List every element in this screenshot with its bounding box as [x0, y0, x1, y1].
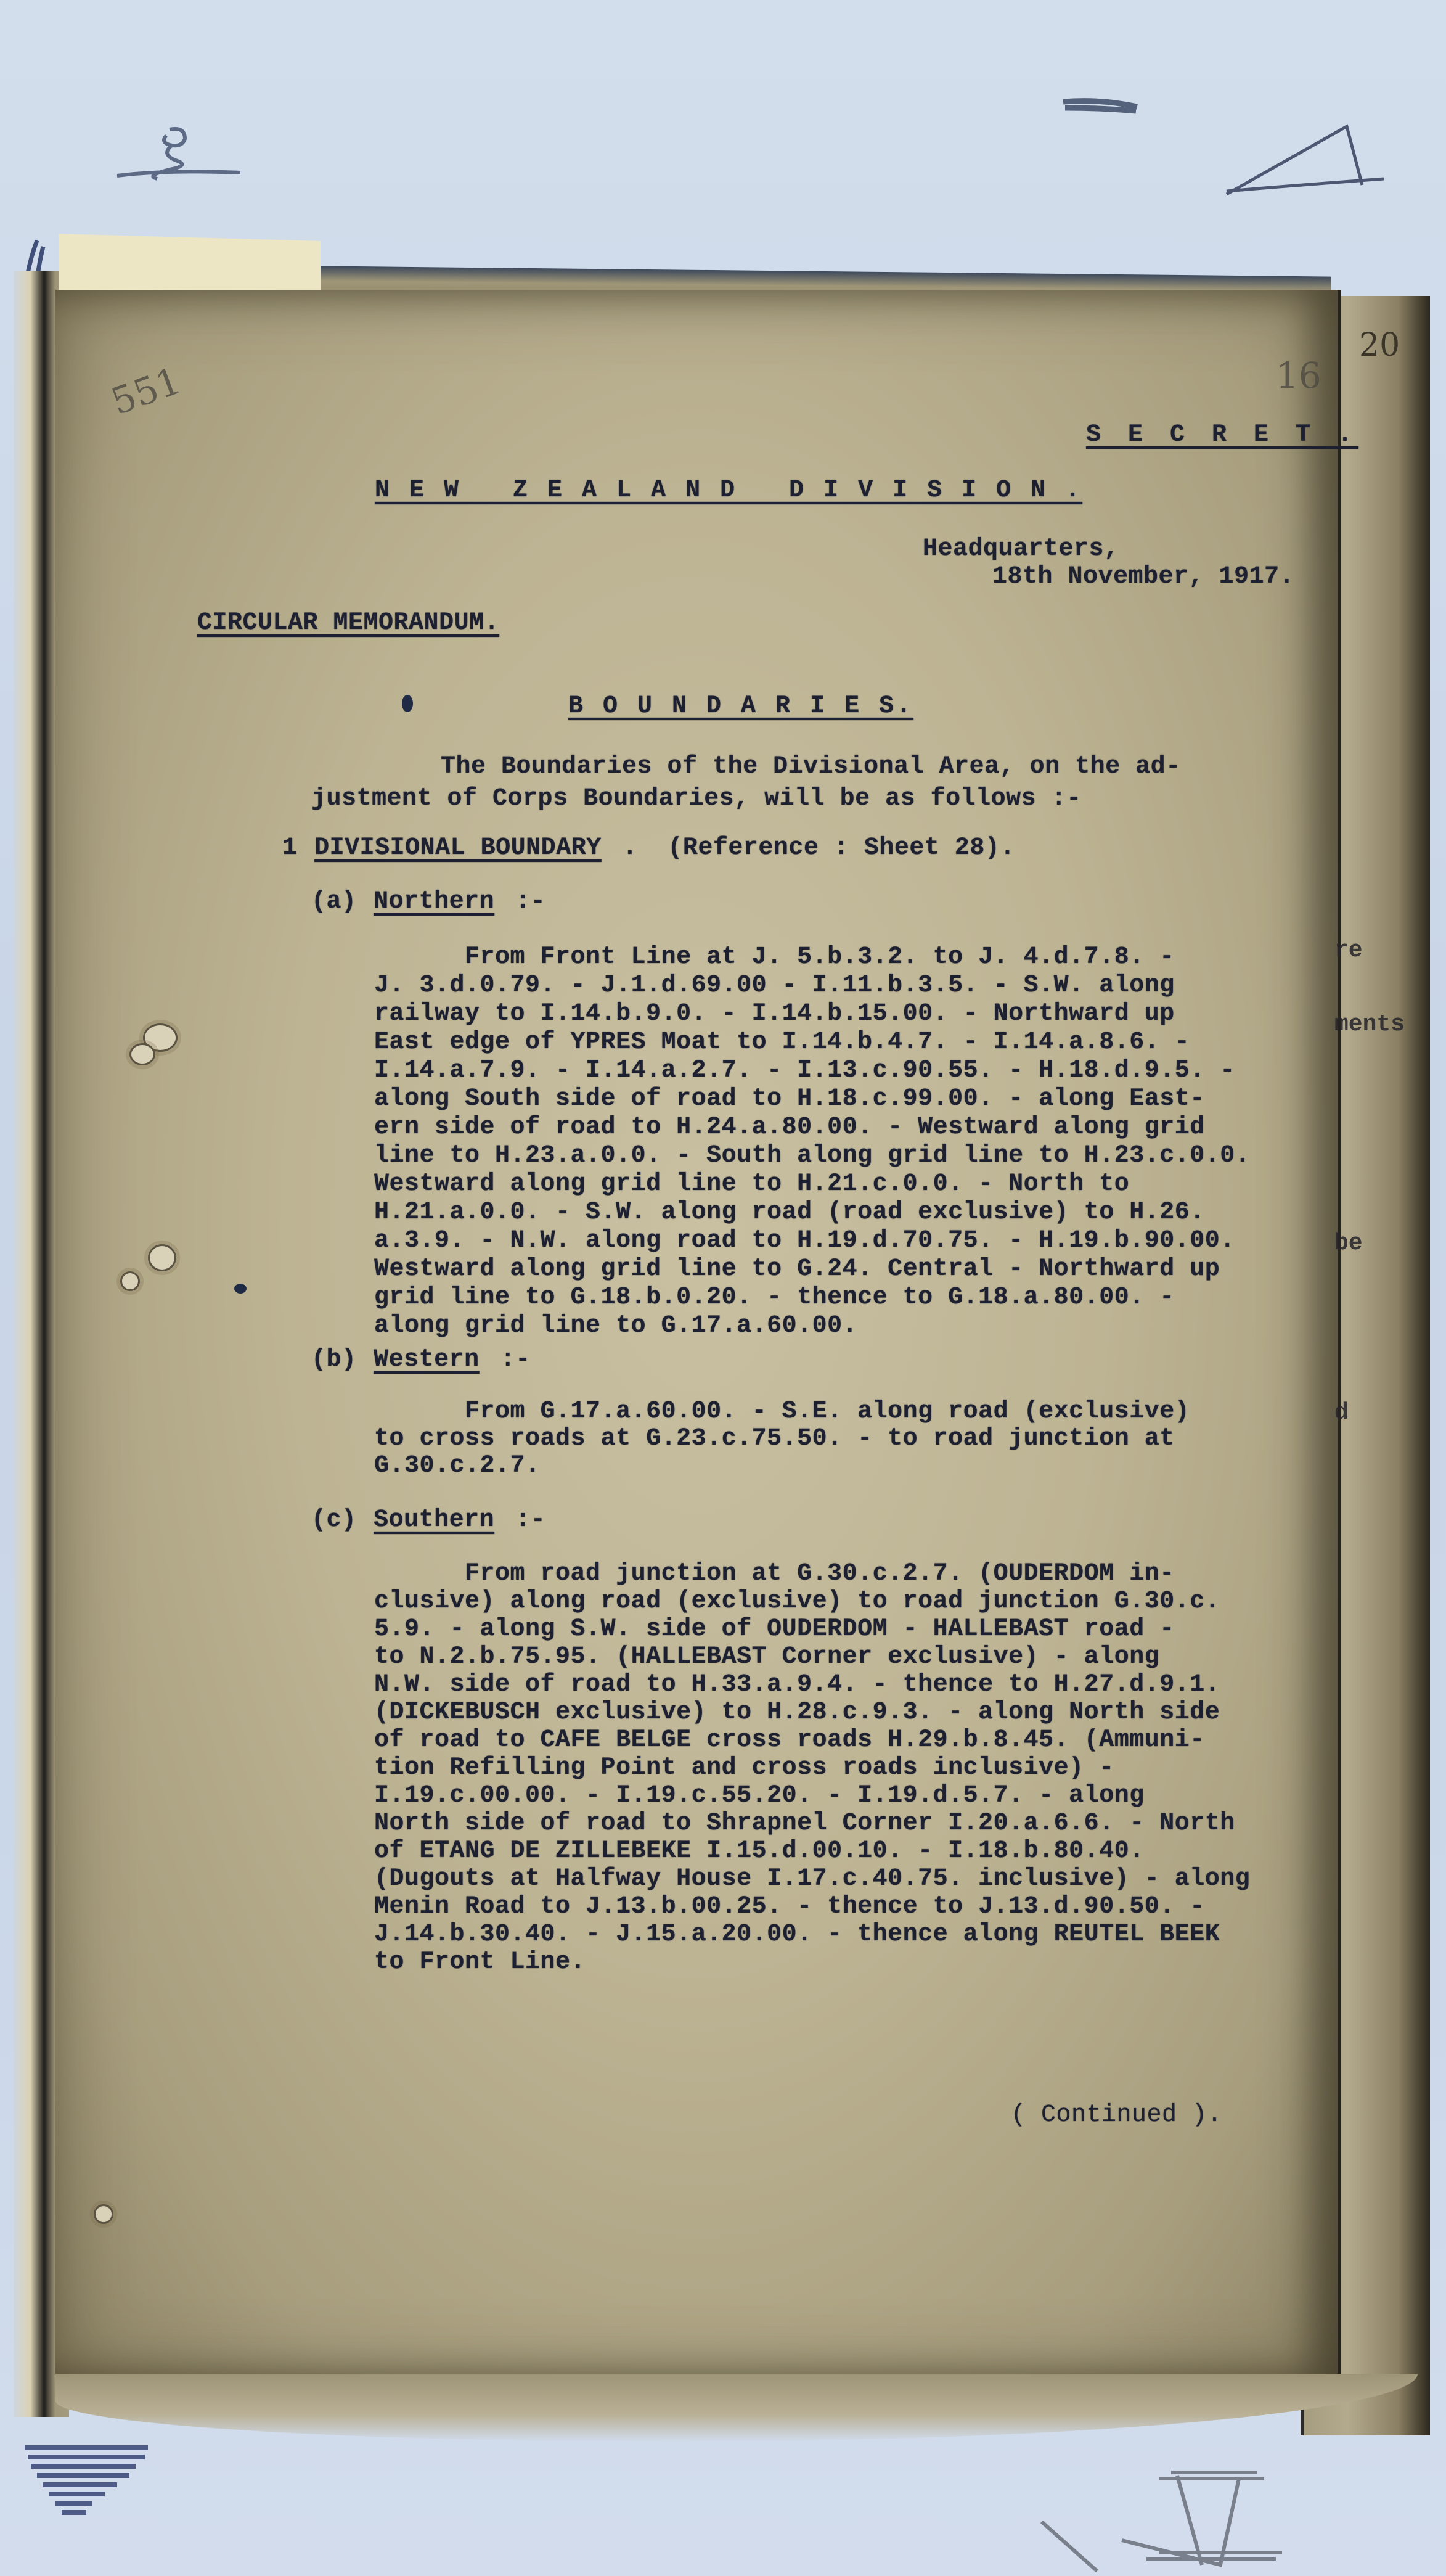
subsection-southern-heading: (c) Southern :- — [311, 1504, 545, 1536]
boundary-line: I.14.a.7.9. - I.14.a.2.7. - I.13.c.90.55… — [374, 1057, 1250, 1085]
ink-blot — [402, 695, 413, 712]
ink-blot — [234, 1284, 247, 1294]
boundary-line: clusive) along road (exclusive) to road … — [374, 1588, 1250, 1615]
memo-title: B O U N D A R I E S. — [568, 691, 913, 723]
boundary-line: along grid line to G.17.a.60.00. — [374, 1312, 1250, 1340]
northern-boundary-description: From Front Line at J. 5.b.3.2. to J. 4.d… — [374, 943, 1250, 1340]
boundary-line: Menin Road to J.13.b.00.25. - thence to … — [374, 1893, 1250, 1921]
subsection-northern-heading: (a) Northern :- — [311, 886, 545, 918]
boundary-line: H.21.a.0.0. - S.W. along road (road excl… — [374, 1199, 1250, 1227]
pencil-mark-bottom-right — [1035, 2466, 1344, 2576]
punch-hole — [148, 1244, 176, 1271]
boundary-line: tion Refilling Point and cross roads inc… — [374, 1754, 1250, 1782]
subsection-title: Northern — [374, 888, 494, 916]
continued-footer: ( Continued ). — [1011, 2099, 1222, 2131]
boundary-line: to cross roads at G.23.c.75.50. - to roa… — [374, 1425, 1190, 1453]
boundary-line: ern side of road to H.24.a.80.00. - West… — [374, 1114, 1250, 1142]
pencil-mark-top-left — [111, 123, 247, 185]
boundary-line: a.3.9. - N.W. along road to H.19.d.70.75… — [374, 1227, 1250, 1255]
intro-paragraph: The Boundaries of the Divisional Area, o… — [311, 751, 1181, 815]
subsection-letter: (b) — [311, 1346, 357, 1374]
boundary-line: I.19.c.00.00. - I.19.c.55.20. - I.19.d.5… — [374, 1782, 1250, 1810]
boundary-line: Westward along grid line to G.24. Centra… — [374, 1255, 1250, 1284]
punch-hole — [120, 1271, 140, 1291]
boundary-line: of road to CAFE BELGE cross roads H.29.b… — [374, 1726, 1250, 1754]
document-date: 18th November, 1917. — [992, 561, 1294, 593]
boundary-line: From road junction at G.30.c.2.7. (OUDER… — [374, 1560, 1250, 1588]
southern-boundary-description: From road junction at G.30.c.2.7. (OUDER… — [374, 1560, 1250, 1976]
boundary-line: to Front Line. — [374, 1948, 1250, 1976]
intro-line: The Boundaries of the Divisional Area, o… — [311, 751, 1181, 783]
boundary-line: (DICKEBUSCH exclusive) to H.28.c.9.3. - … — [374, 1699, 1250, 1726]
boundary-line: J.14.b.30.40. - J.15.a.20.00. - thence a… — [374, 1921, 1250, 1948]
subsection-letter: (a) — [311, 888, 357, 916]
punch-hole — [94, 2204, 113, 2224]
intro-line: justment of Corps Boundaries, will be as… — [311, 783, 1181, 815]
subsection-letter: (c) — [311, 1506, 357, 1534]
boundary-line: From G.17.a.60.00. - S.E. along road (ex… — [374, 1398, 1190, 1425]
underlying-text-fragment: re — [1334, 937, 1363, 964]
pencil-mark-top-center — [1060, 92, 1146, 117]
section-title: DIVISIONAL BOUNDARY — [314, 834, 602, 862]
subsection-title: Southern — [374, 1506, 494, 1534]
boundary-line: (Dugouts at Halfway House I.17.c.40.75. … — [374, 1865, 1250, 1893]
boundary-line: N.W. side of road to H.33.a.9.4. - thenc… — [374, 1671, 1250, 1699]
underlying-text-fragment: d — [1334, 1400, 1349, 1426]
subsection-title: Western — [374, 1346, 480, 1374]
underlying-text-fragment: ments — [1334, 1011, 1405, 1038]
boundary-line: J. 3.d.0.79. - J.1.d.69.00 - I.11.b.3.5.… — [374, 972, 1250, 1000]
memo-type: CIRCULAR MEMORANDUM. — [197, 607, 499, 639]
boundary-line: grid line to G.18.b.0.20. - thence to G.… — [374, 1284, 1250, 1312]
boundary-line: From Front Line at J. 5.b.3.2. to J. 4.d… — [374, 943, 1250, 972]
underlying-page-number: 20 — [1359, 327, 1400, 364]
western-boundary-description: From G.17.a.60.00. - S.E. along road (ex… — [374, 1398, 1190, 1480]
section-number: 1 — [282, 834, 298, 862]
boundary-line: Westward along grid line to H.21.c.0.0. … — [374, 1170, 1250, 1199]
pencil-triangle-top-right — [1220, 123, 1393, 203]
boundary-line: railway to I.14.b.9.0. - I.14.b.15.00. -… — [374, 1000, 1250, 1028]
boundary-line: along South side of road to H.18.c.99.00… — [374, 1085, 1250, 1114]
subsection-western-heading: (b) Western :- — [311, 1344, 531, 1376]
punch-hole — [129, 1043, 155, 1065]
organization-heading: N E W Z E A L A N D D I V I S I O N . — [375, 475, 1082, 507]
pencil-mark-bottom-left — [18, 2442, 166, 2528]
boundary-line: to N.2.b.75.95. (HALLEBAST Corner exclus… — [374, 1643, 1250, 1671]
section-1-heading: 1 DIVISIONAL BOUNDARY . (Reference : She… — [282, 832, 1015, 864]
subsection-suffix: :- — [500, 888, 546, 916]
boundary-line: line to H.23.a.0.0. - South along grid l… — [374, 1142, 1250, 1170]
subsection-suffix: :- — [500, 1506, 546, 1534]
boundary-line: East edge of YPRES Moat to I.14.b.4.7. -… — [374, 1028, 1250, 1057]
boundary-line: North side of road to Shrapnel Corner I.… — [374, 1810, 1250, 1837]
page-number-handwritten: 16 — [1276, 355, 1321, 396]
boundary-line: 5.9. - along S.W. side of OUDERDOM - HAL… — [374, 1615, 1250, 1643]
classification-marking: S E C R E T . — [1086, 419, 1358, 451]
section-reference: . (Reference : Sheet 28). — [607, 834, 1015, 862]
boundary-line: G.30.c.2.7. — [374, 1453, 1190, 1480]
boundary-line: of ETANG DE ZILLEBEKE I.15.d.00.10. - I.… — [374, 1837, 1250, 1865]
subsection-suffix: :- — [485, 1346, 531, 1374]
underlying-text-fragment: be — [1334, 1230, 1363, 1257]
